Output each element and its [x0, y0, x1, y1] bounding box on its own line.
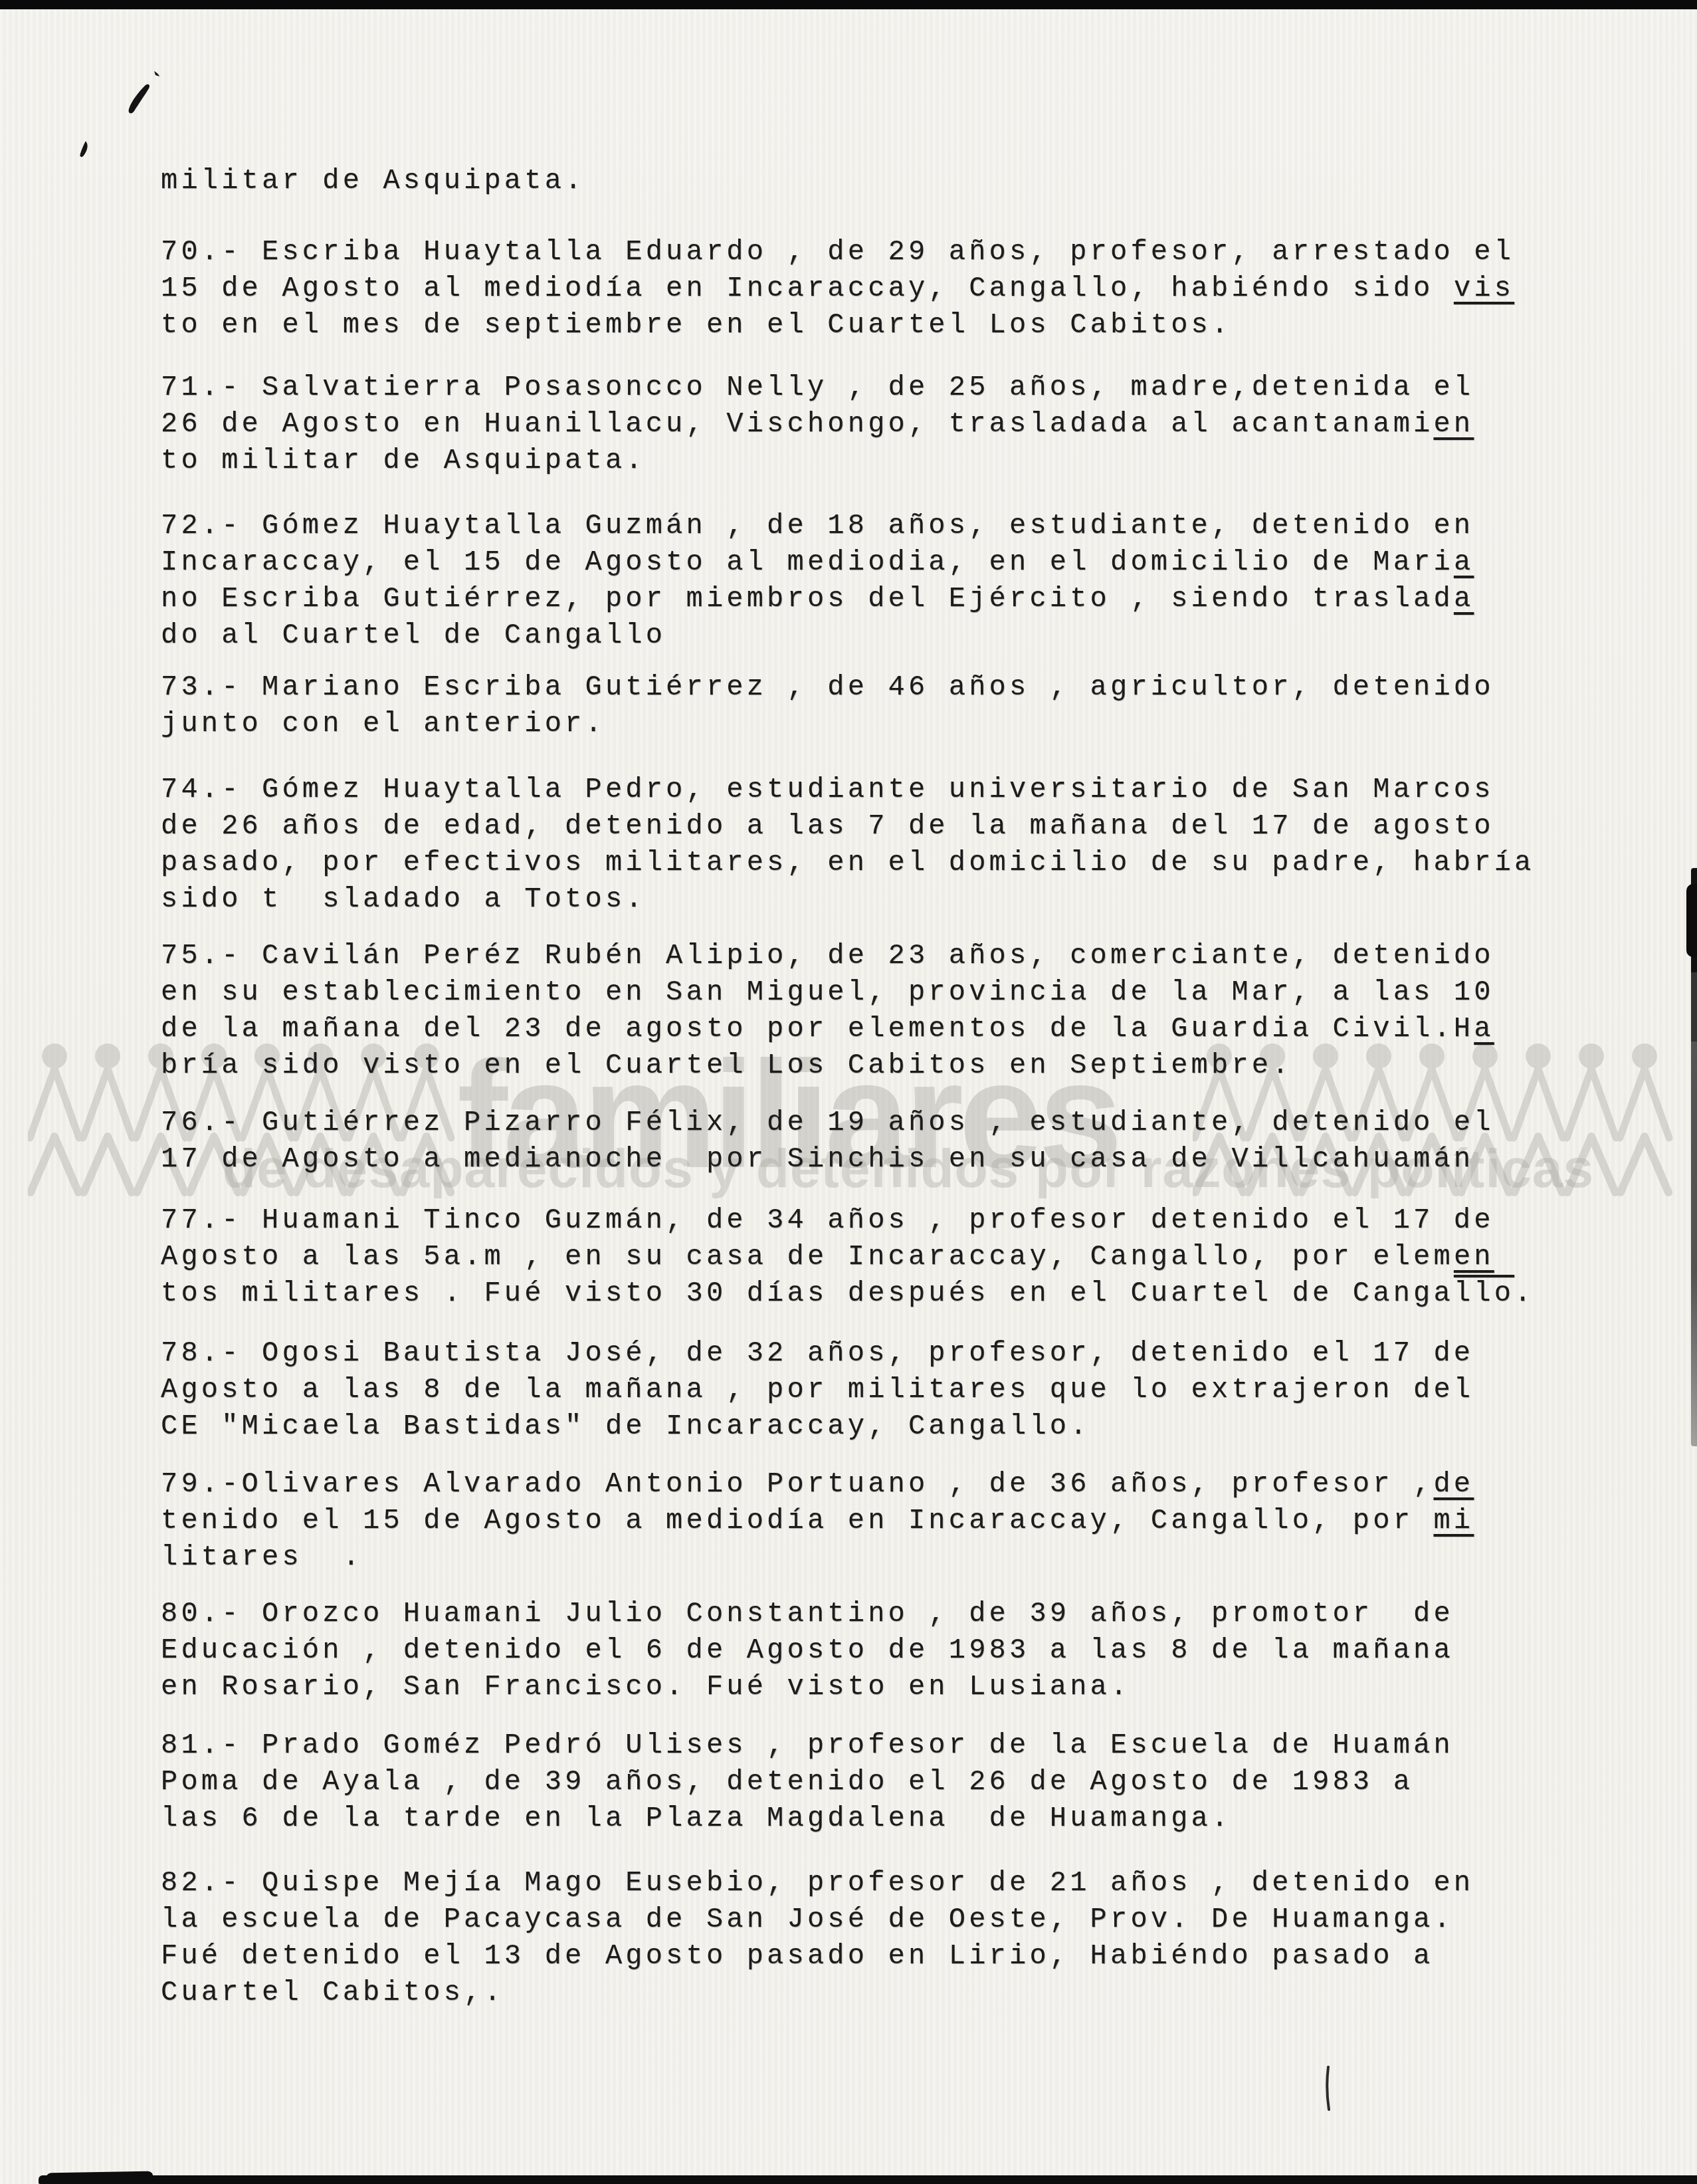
entry-line: 70.- Escriba Huaytalla Eduardo , de 29 a… [161, 234, 1609, 271]
entry-line: Educación , detenido el 6 de Agosto de 1… [161, 1632, 1609, 1669]
entry-line: pasado, por efectivos militares, en el d… [161, 845, 1609, 881]
entry-line: 26 de Agosto en Huanillacu, Vischongo, t… [161, 406, 1609, 443]
entry-line: 78.- Ogosi Bautista José, de 32 años, pr… [161, 1335, 1609, 1372]
entry-line: en Rosario, San Francisco. Fué visto en … [161, 1669, 1609, 1705]
entry-line: 15 de Agosto al mediodía en Incaraccay, … [161, 271, 1609, 307]
entry-line: 73.- Mariano Escriba Gutiérrez , de 46 a… [161, 669, 1609, 706]
handwritten-slash-mark [120, 63, 166, 150]
entry-81: 81.- Prado Goméz Pedró Ulises , profesor… [161, 1727, 1609, 1837]
entry-line: to militar de Asquipata. [161, 443, 1609, 479]
entry-line: 17 de Agosto a medianoche por Sinchis en… [161, 1141, 1609, 1178]
entry-line: CE "Micaela Bastidas" de Incaraccay, Can… [161, 1408, 1609, 1445]
entry-line: do al Cuartel de Cangallo [161, 617, 1609, 654]
intro-continuation-line: militar de Asquipata. [161, 163, 1609, 199]
scan-right-edge-blob [1686, 884, 1697, 957]
entry-70: 70.- Escriba Huaytalla Eduardo , de 29 a… [161, 234, 1609, 344]
entry-line: de 26 años de edad, detenido a las 7 de … [161, 808, 1609, 845]
entry-line: 76.- Gutiérrez Pizarro Félix, de 19 años… [161, 1105, 1609, 1141]
entry-line: 81.- Prado Goméz Pedró Ulises , profesor… [161, 1727, 1609, 1764]
entry-line: Cuartel Cabitos,. [161, 1975, 1609, 2011]
entry-line: Agosto a las 5a.m , en su casa de Incara… [161, 1239, 1609, 1275]
entry-line: las 6 de la tarde en la Plaza Magdalena … [161, 1801, 1609, 1837]
entry-line: tenido el 15 de Agosto a mediodía en Inc… [161, 1503, 1609, 1539]
entry-line: no Escriba Gutiérrez, por miembros del E… [161, 581, 1609, 617]
entry-line: 79.-Olivares Alvarado Antonio Portuano ,… [161, 1466, 1609, 1503]
entry-80: 80.- Orozco Huamani Julio Constantino , … [161, 1596, 1609, 1705]
entry-line: sido t sladado a Totos. [161, 881, 1609, 918]
entry-line: Fué detenido el 13 de Agosto pasado en L… [161, 1938, 1609, 1975]
entry-line: 80.- Orozco Huamani Julio Constantino , … [161, 1596, 1609, 1632]
entry-75: 75.- Cavilán Peréz Rubén Alipio, de 23 a… [161, 938, 1609, 1084]
scan-bottom-edge-bar [39, 2175, 1697, 2184]
entry-line: to en el mes de septiembre en el Cuartel… [161, 307, 1609, 344]
entry-78: 78.- Ogosi Bautista José, de 32 años, pr… [161, 1335, 1609, 1445]
scanned-document-page: familiares de desaparecidos y detenidos … [0, 0, 1697, 2184]
entry-77: 77.- Huamani Tinco Guzmán, de 34 años , … [161, 1202, 1609, 1312]
scan-bottom-edge-wedge [47, 2171, 153, 2184]
entry-line: Incaraccay, el 15 de Agosto al mediodia,… [161, 544, 1609, 581]
handwritten-comma-mark [74, 140, 94, 164]
entry-line: 74.- Gómez Huaytalla Pedro, estudiante u… [161, 772, 1609, 808]
entry-line: 77.- Huamani Tinco Guzmán, de 34 años , … [161, 1202, 1609, 1239]
entry-line: de la mañana del 23 de agosto por elemen… [161, 1011, 1609, 1047]
entry-line: junto con el anterior. [161, 706, 1609, 742]
entry-71: 71.- Salvatierra Posasoncco Nelly , de 2… [161, 370, 1609, 479]
pen-tick-mark [1322, 2066, 1334, 2112]
entry-76: 76.- Gutiérrez Pizarro Félix, de 19 años… [161, 1105, 1609, 1178]
entry-79: 79.-Olivares Alvarado Antonio Portuano ,… [161, 1466, 1609, 1576]
scan-top-edge-bar [0, 0, 1697, 9]
entry-line: 75.- Cavilán Peréz Rubén Alipio, de 23 a… [161, 938, 1609, 974]
entry-line: en su establecimiento en San Miguel, pro… [161, 974, 1609, 1011]
entry-73: 73.- Mariano Escriba Gutiérrez , de 46 a… [161, 669, 1609, 742]
entry-line: 82.- Quispe Mejía Mago Eusebio, profesor… [161, 1865, 1609, 1902]
entry-82: 82.- Quispe Mejía Mago Eusebio, profesor… [161, 1865, 1609, 2011]
entry-line: Agosto a las 8 de la mañana , por milita… [161, 1372, 1609, 1408]
entry-72: 72.- Gómez Huaytalla Guzmán , de 18 años… [161, 508, 1609, 654]
entry-line: bría sido visto en el Cuartel Los Cabito… [161, 1047, 1609, 1084]
entry-line: tos militares . Fué visto 30 días despué… [161, 1275, 1609, 1312]
entry-line: 71.- Salvatierra Posasoncco Nelly , de 2… [161, 370, 1609, 406]
entry-line: litares . [161, 1539, 1609, 1576]
entry-74: 74.- Gómez Huaytalla Pedro, estudiante u… [161, 772, 1609, 918]
entry-line: la escuela de Pacaycasa de San José de O… [161, 1902, 1609, 1938]
entry-line: Poma de Ayala , de 39 años, detenido el … [161, 1764, 1609, 1801]
entry-line: 72.- Gómez Huaytalla Guzmán , de 18 años… [161, 508, 1609, 544]
